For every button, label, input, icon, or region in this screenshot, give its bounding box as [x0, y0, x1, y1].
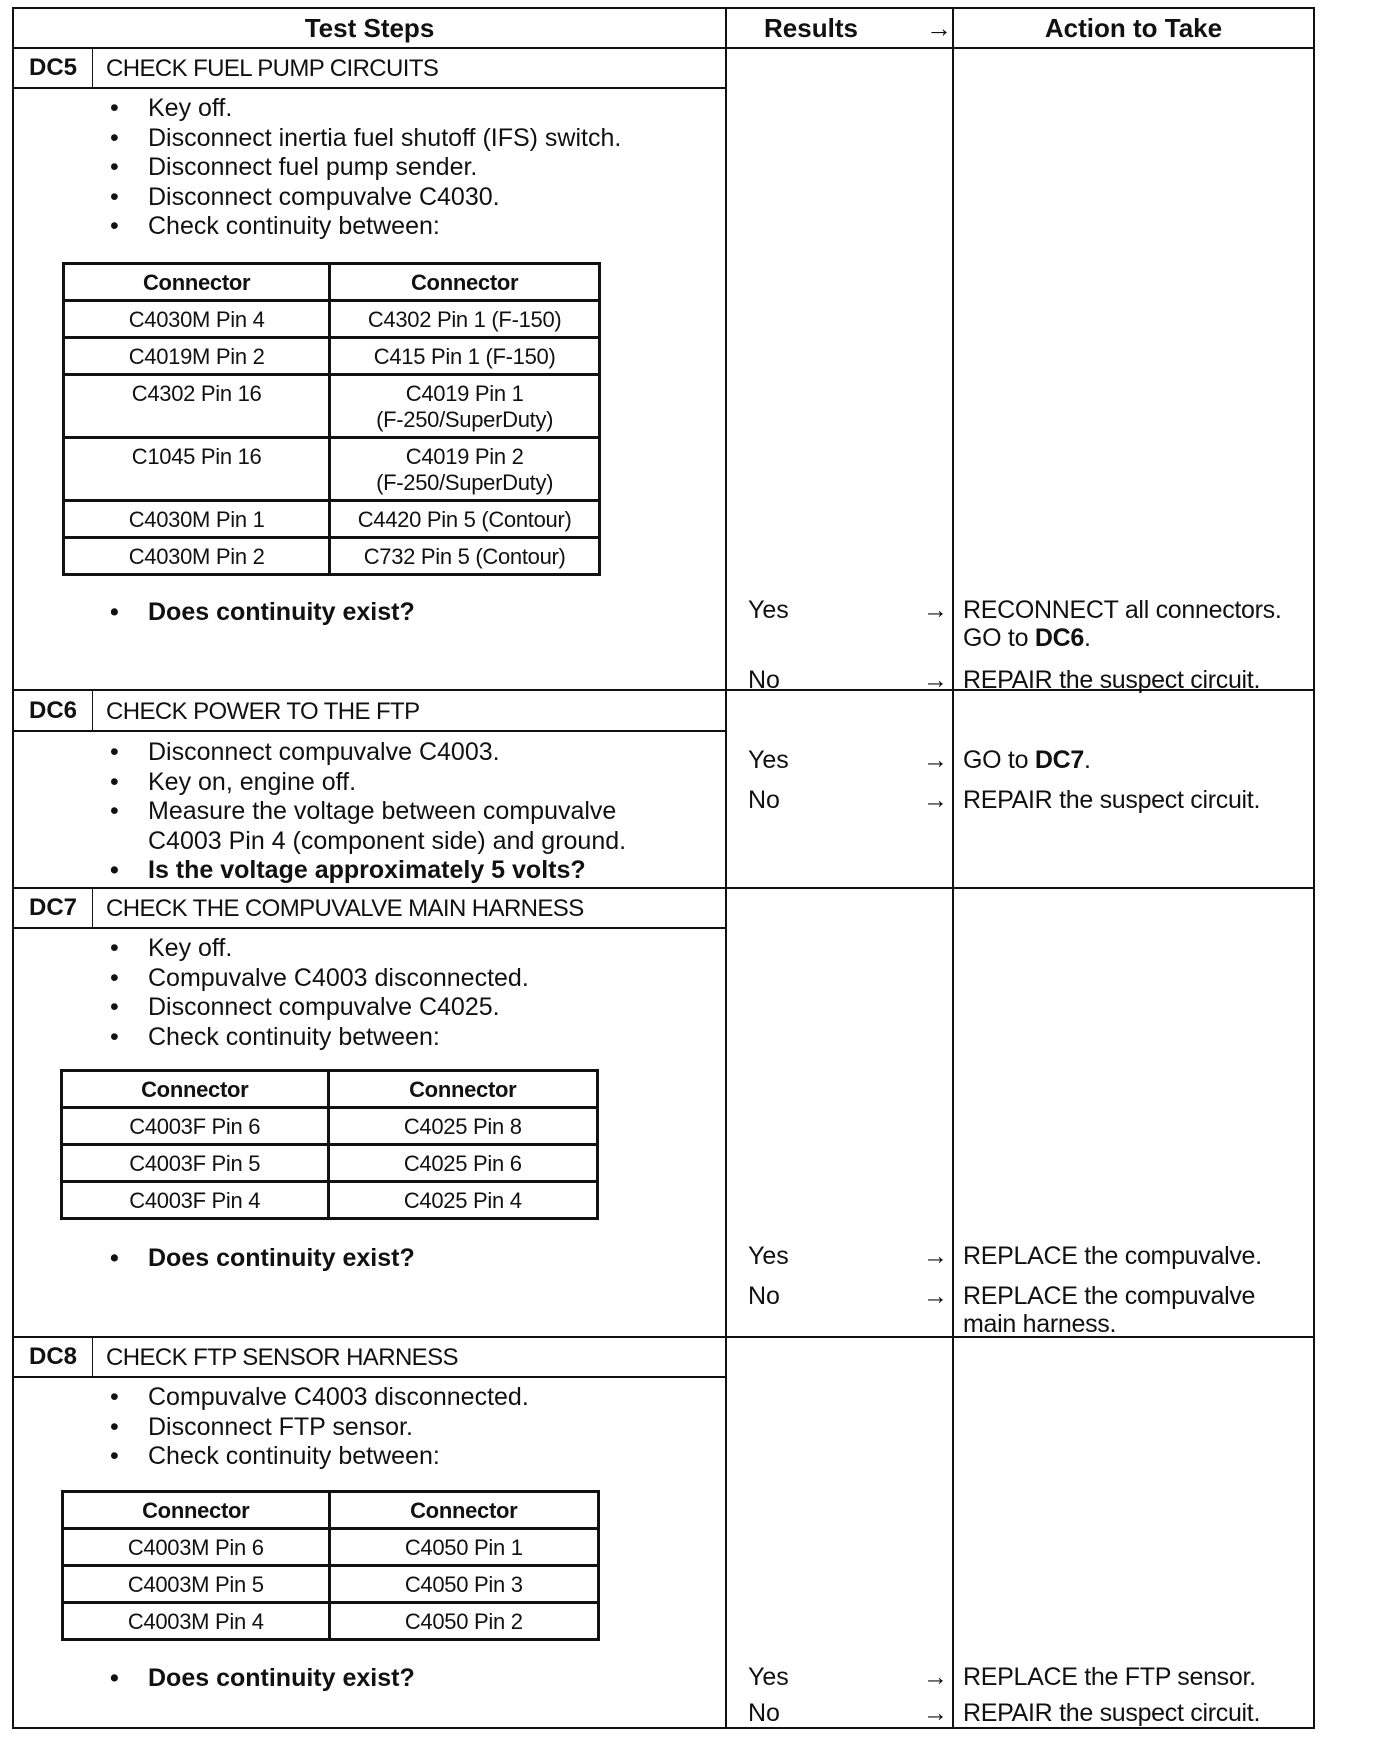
result-yes: Yes →: [748, 595, 948, 625]
table-cell: C1045 Pin 16: [64, 438, 330, 501]
column-header: Connector: [330, 264, 600, 301]
dc-id: DC5: [13, 48, 93, 88]
table-cell: C4003F Pin 5: [62, 1145, 329, 1182]
step-item: •Disconnect compuvalve C4030.: [110, 183, 621, 213]
table-border-bottom: [13, 1727, 1315, 1729]
table-row: C4030M Pin 4C4302 Pin 1 (F-150): [64, 301, 600, 338]
table-row: C4030M Pin 1C4420 Pin 5 (Contour): [64, 501, 600, 538]
header-action: Action to Take: [953, 8, 1314, 48]
table-row: C4003F Pin 5C4025 Pin 6: [62, 1145, 598, 1182]
header-arrow-icon: →: [906, 8, 952, 48]
table-cell: C4003M Pin 6: [63, 1529, 330, 1566]
table-cell: C4019 Pin 1(F-250/SuperDuty): [330, 375, 600, 438]
table-cell: C4003F Pin 4: [62, 1182, 329, 1219]
bullet-icon: •: [110, 768, 119, 798]
table-header-row: Connector Connector: [63, 1492, 599, 1529]
dc-title: CHECK THE COMPUVALVE MAIN HARNESS: [106, 889, 584, 929]
dc-id: DC8: [13, 1337, 93, 1377]
action-no: REPLACE the compuvalve main harness.: [963, 1282, 1313, 1338]
step-item: •Measure the voltage between compuvalve: [110, 797, 626, 827]
bullet-icon: •: [110, 856, 119, 886]
table-header-row: Connector Connector: [62, 1071, 598, 1108]
arrow-right-icon: →: [923, 1241, 948, 1271]
bullet-icon: •: [110, 153, 119, 183]
action-yes: REPLACE the FTP sensor.: [963, 1663, 1313, 1691]
column-header: Connector: [328, 1071, 598, 1108]
table-cell: C415 Pin 1 (F-150): [330, 338, 600, 375]
table-row: C4003F Pin 6C4025 Pin 8: [62, 1108, 598, 1145]
table-cell: C4003M Pin 5: [63, 1566, 330, 1603]
table-cell: C4030M Pin 2: [64, 538, 330, 575]
dc-title: CHECK POWER TO THE FTP: [106, 692, 420, 732]
arrow-right-icon: →: [923, 1698, 948, 1728]
table-cell: C4025 Pin 4: [328, 1182, 598, 1219]
table-cell: C4003F Pin 6: [62, 1108, 329, 1145]
bullet-icon: •: [110, 964, 119, 994]
result-no: No →: [748, 1281, 948, 1311]
action-yes: REPLACE the compuvalve.: [963, 1242, 1313, 1270]
step-item: •Check continuity between:: [110, 1023, 529, 1053]
table-row: C4003M Pin 6C4050 Pin 1: [63, 1529, 599, 1566]
table-cell: C4030M Pin 1: [64, 501, 330, 538]
step-item: •Disconnect inertia fuel shutoff (IFS) s…: [110, 124, 621, 154]
connector-table: Connector Connector C4003F Pin 6C4025 Pi…: [60, 1069, 599, 1220]
bullet-icon: •: [110, 797, 119, 827]
action-yes: RECONNECT all connectors. GO to DC6.: [963, 596, 1313, 652]
step-item: •Key off.: [110, 934, 529, 964]
column-header: Connector: [63, 1492, 330, 1529]
bullet-icon: •: [110, 212, 119, 242]
arrow-right-icon: →: [923, 665, 948, 695]
header-results: Results: [726, 8, 896, 48]
step-item: •Check continuity between:: [110, 1442, 529, 1472]
table-row: C4003M Pin 5C4050 Pin 3: [63, 1566, 599, 1603]
step-list: •Key off. •Disconnect inertia fuel shuto…: [110, 94, 621, 242]
bullet-icon: •: [110, 1442, 119, 1472]
table-border-right: [1313, 7, 1315, 1729]
arrow-right-icon: →: [923, 1281, 948, 1311]
bullet-icon: •: [110, 1413, 119, 1443]
arrow-right-icon: →: [923, 785, 948, 815]
result-yes: Yes →: [748, 1662, 948, 1692]
action-no: REPAIR the suspect circuit.: [963, 786, 1313, 814]
column-header: Connector: [64, 264, 330, 301]
header-test-steps: Test Steps: [13, 8, 726, 48]
table-row: C1045 Pin 16C4019 Pin 2(F-250/SuperDuty): [64, 438, 600, 501]
bullet-icon: •: [110, 1023, 119, 1053]
table-cell: C4003M Pin 4: [63, 1603, 330, 1640]
dc-id: DC6: [13, 691, 93, 731]
results-column-divider: [725, 7, 727, 1729]
goto-link[interactable]: DC6: [1035, 624, 1084, 652]
step-item: •Compuvalve C4003 disconnected.: [110, 1383, 529, 1413]
step-question: •Does continuity exist?: [110, 1244, 415, 1274]
table-cell: C4050 Pin 1: [329, 1529, 599, 1566]
bullet-icon: •: [110, 124, 119, 154]
bullet-icon: •: [110, 1664, 119, 1694]
action-column-divider: [952, 7, 954, 1729]
step-question: •Does continuity exist?: [110, 1664, 415, 1694]
table-row: C4019M Pin 2C415 Pin 1 (F-150): [64, 338, 600, 375]
bullet-icon: •: [110, 934, 119, 964]
table-cell: C4420 Pin 5 (Contour): [330, 501, 600, 538]
goto-link[interactable]: DC7: [1035, 746, 1084, 774]
table-cell: C4025 Pin 8: [328, 1108, 598, 1145]
bullet-icon: •: [110, 738, 119, 768]
step-item: •Compuvalve C4003 disconnected.: [110, 964, 529, 994]
table-cell: C732 Pin 5 (Contour): [330, 538, 600, 575]
table-cell: C4050 Pin 2: [329, 1603, 599, 1640]
step-item: •Key off.: [110, 94, 621, 124]
step-list: •Compuvalve C4003 disconnected. •Disconn…: [110, 1383, 529, 1472]
bullet-icon: •: [110, 183, 119, 213]
bullet-icon: •: [110, 993, 119, 1023]
step-item: •Disconnect fuel pump sender.: [110, 153, 621, 183]
bullet-icon: •: [110, 598, 119, 628]
result-no: No →: [748, 785, 948, 815]
result-no: No →: [748, 665, 948, 695]
arrow-right-icon: →: [923, 1662, 948, 1692]
dc-title: CHECK FUEL PUMP CIRCUITS: [106, 49, 438, 89]
step-item: •Disconnect compuvalve C4025.: [110, 993, 529, 1023]
table-cell: C4302 Pin 1 (F-150): [330, 301, 600, 338]
dc-id: DC7: [13, 888, 93, 928]
step-item: •Disconnect compuvalve C4003.: [110, 738, 626, 768]
dc-title: CHECK FTP SENSOR HARNESS: [106, 1338, 458, 1378]
step-item: •Disconnect FTP sensor.: [110, 1413, 529, 1443]
table-cell: C4030M Pin 4: [64, 301, 330, 338]
column-header: Connector: [62, 1071, 329, 1108]
result-yes: Yes →: [748, 1241, 948, 1271]
result-yes: Yes →: [748, 745, 948, 775]
connector-table: Connector Connector C4030M Pin 4C4302 Pi…: [62, 262, 601, 576]
table-border-left: [12, 7, 14, 1729]
table-row: C4030M Pin 2C732 Pin 5 (Contour): [64, 538, 600, 575]
bullet-icon: •: [110, 1383, 119, 1413]
action-yes: GO to DC7.: [963, 746, 1313, 774]
result-no: No →: [748, 1698, 948, 1728]
step-item: •Key on, engine off.: [110, 768, 626, 798]
step-question: •Does continuity exist?: [110, 598, 415, 628]
action-no: REPAIR the suspect circuit.: [963, 1699, 1313, 1727]
table-row: C4003F Pin 4C4025 Pin 4: [62, 1182, 598, 1219]
action-no: REPAIR the suspect circuit.: [963, 666, 1313, 694]
step-item: •Check continuity between:: [110, 212, 621, 242]
column-header: Connector: [329, 1492, 599, 1529]
connector-table: Connector Connector C4003M Pin 6C4050 Pi…: [61, 1490, 600, 1641]
table-row: C4003M Pin 4C4050 Pin 2: [63, 1603, 599, 1640]
table-cell: C4050 Pin 3: [329, 1566, 599, 1603]
step-item-continued: C4003 Pin 4 (component side) and ground.: [110, 827, 626, 857]
table-cell: C4025 Pin 6: [328, 1145, 598, 1182]
table-row: C4302 Pin 16C4019 Pin 1(F-250/SuperDuty): [64, 375, 600, 438]
table-cell: C4019M Pin 2: [64, 338, 330, 375]
table-header-row: Connector Connector: [64, 264, 600, 301]
table-cell: C4019 Pin 2(F-250/SuperDuty): [330, 438, 600, 501]
table-cell: C4302 Pin 16: [64, 375, 330, 438]
step-list: •Disconnect compuvalve C4003. •Key on, e…: [110, 738, 626, 886]
step-question: •Is the voltage approximately 5 volts?: [110, 856, 626, 886]
bullet-icon: •: [110, 94, 119, 124]
arrow-right-icon: →: [923, 745, 948, 775]
step-list: •Key off. •Compuvalve C4003 disconnected…: [110, 934, 529, 1052]
bullet-icon: •: [110, 1244, 119, 1274]
arrow-right-icon: →: [923, 595, 948, 625]
